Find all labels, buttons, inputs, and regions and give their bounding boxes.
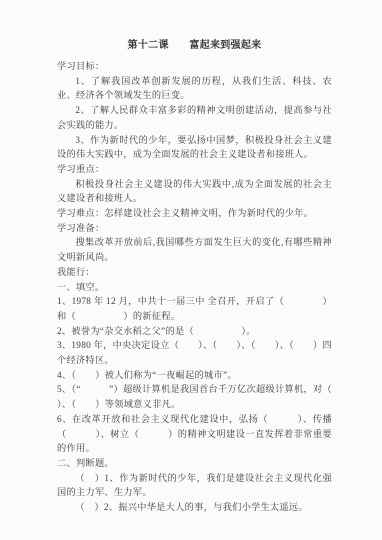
paragraph: 6、在改革开放和社会主义现代化建设中，弘扬（ ）、传播（ ）、树立（ ）的精神文… <box>57 412 332 456</box>
paragraph: 我能行： <box>57 265 332 280</box>
paragraph: 3、1980 年，中央决定设立（ ）、（ ）、（ ）、（ ）四个经济特区。 <box>57 338 332 367</box>
paragraph: 一、填空。 <box>57 280 332 295</box>
paragraph: 学习目标： <box>57 59 332 74</box>
paragraph: 二、判断题。 <box>57 456 332 471</box>
paragraph: 1、1978 年 12 月，中共十一届三中 全召开，开启了（ ）和（ ）的新征程… <box>57 294 332 323</box>
paragraph: （ ）1、作为新时代的少年，我们是建设社会主义现代化强国的主力军、生力军。 <box>57 471 332 500</box>
document-body: 学习目标：1、了解我国改革创新发展的历程，从我们生活、科技、农业、经济各个领域发… <box>57 59 332 515</box>
paragraph: 2、了解人民群众丰富多彩的精神文明创建活动，提高参与社会实践的能力。 <box>57 103 332 132</box>
paragraph: 5、（“ ”）超级计算机是我国首台千万亿次超级计算机，对（ ）、（ ）等领域意义… <box>57 382 332 411</box>
worksheet-page: 第十二课 富起来到强起来 学习目标：1、了解我国改革创新发展的历程，从我们生活、… <box>0 0 382 540</box>
page-title: 第十二课 富起来到强起来 <box>57 38 332 53</box>
paragraph: 学习重点： <box>57 162 332 177</box>
paragraph: 积极投身社会主义建设的伟大实践中,成为全面发展的社会主义建设者和接班人。 <box>57 177 332 206</box>
paragraph: 4、（ ）被人们称为“一夜崛起的城市”。 <box>57 368 332 383</box>
paragraph: （ ）2、振兴中华是大人的事，与我们小学生太遥远。 <box>57 500 332 515</box>
paragraph: 学习难点：怎样建设社会主义精神文明，作为新时代的少年。 <box>57 206 332 221</box>
paragraph: 2、被誉为“杂交水稻之父”的是（ ）。 <box>57 324 332 339</box>
paragraph: 3、作为新时代的少年，要弘扬中国梦，积极投身社会主义建设的伟大实践中，成为全面发… <box>57 133 332 162</box>
paragraph: 学习准备： <box>57 221 332 236</box>
paragraph: 1、了解我国改革创新发展的历程，从我们生活、科技、农业、经济各个领域发生的巨变。 <box>57 74 332 103</box>
paragraph: 搜集改革开放前后,我国哪些方面发生巨大的变化,有哪些精神文明新风尚。 <box>57 235 332 264</box>
